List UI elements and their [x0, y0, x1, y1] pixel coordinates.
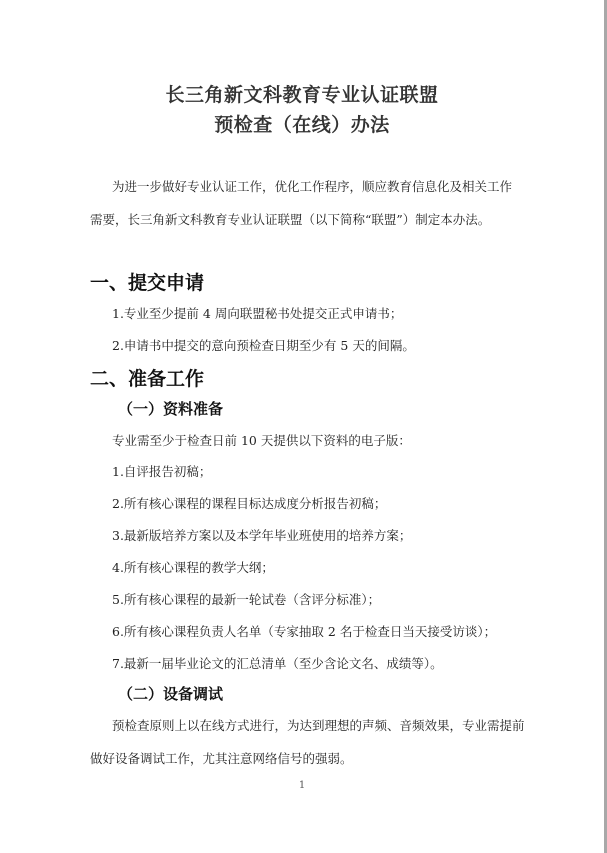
- subsection-heading-equipment: （二）设备调试: [118, 683, 223, 704]
- list-item: 6.所有核心课程负责人名单（专家抽取 2 名于检查日当天接受访谈）；: [112, 622, 496, 640]
- section-heading-submit-application: 一、提交申请: [90, 268, 204, 295]
- list-item: 1.专业至少提前 4 周向联盟秘书处提交正式申请书；: [112, 304, 402, 322]
- document-title-line2: 预检查（在线）办法: [0, 110, 604, 137]
- equipment-paragraph-line2: 做好设备调试工作，尤其注意网络信号的强弱。: [90, 749, 353, 767]
- section-heading-preparation: 二、准备工作: [90, 364, 204, 391]
- list-item: 2.申请书中提交的意向预检查日期至少有 5 天的间隔。: [112, 336, 415, 354]
- document-title-line1: 长三角新文科教育专业认证联盟: [0, 80, 604, 107]
- page-number: 1: [0, 780, 604, 791]
- list-item: 5.所有核心课程的最新一轮试卷（含评分标准）；: [112, 590, 380, 608]
- list-item: 1.自评报告初稿；: [112, 462, 211, 480]
- list-item: 2.所有核心课程的课程目标达成度分析报告初稿；: [112, 494, 386, 512]
- list-item: 4.所有核心课程的教学大纲；: [112, 558, 274, 576]
- equipment-paragraph-line1: 预检查原则上以在线方式进行，为达到理想的声频、音频效果，专业需提前: [112, 716, 525, 734]
- subsection-heading-materials: （一）资料准备: [118, 398, 223, 419]
- intro-paragraph-line1: 为进一步做好专业认证工作，优化工作程序，顺应教育信息化及相关工作: [112, 177, 512, 195]
- materials-lead-text: 专业需至少于检查日前 10 天提供以下资料的电子版：: [112, 431, 411, 449]
- list-item: 3.最新版培养方案以及本学年毕业班使用的培养方案；: [112, 526, 411, 544]
- intro-paragraph-line2: 需要，长三角新文科教育专业认证联盟（以下简称“联盟”）制定本办法。: [90, 210, 490, 228]
- document-page: 长三角新文科教育专业认证联盟 预检查（在线）办法 为进一步做好专业认证工作，优化…: [0, 0, 604, 853]
- list-item: 7.最新一届毕业论文的汇总清单（至少含论文名、成绩等）。: [112, 654, 443, 672]
